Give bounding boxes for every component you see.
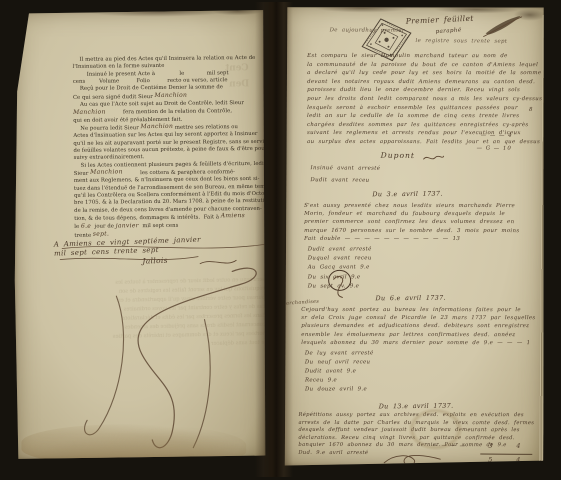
entry-line: Du douze avril 9.e: [305, 385, 374, 394]
entry-line: Receu 9.e: [305, 376, 374, 385]
entry-line: Répétitions aussy portez aux archives de…: [298, 412, 534, 420]
entry-line: pour les droits dont ledit comparant nou…: [307, 95, 542, 104]
entry-line: sr dela Croix juge consul de Picardie le…: [301, 314, 535, 322]
entry-line: a declaré qu'il luy cede pour luy et ses…: [307, 69, 542, 78]
handwritten-name: Manchion: [90, 169, 123, 176]
entry-line: Est comparu le sieur Dumoulin marchand t…: [307, 52, 542, 61]
entry-line: Dudit avant 9.e: [305, 367, 374, 376]
folio-heading: Premier feüillet: [406, 14, 474, 26]
bleedthrough-text: Den: [229, 79, 249, 89]
entry-line: Duquel avant receu: [308, 255, 372, 264]
entry-line: premier commerce sont confirmez les deux…: [304, 218, 519, 226]
bottom-paraph-icon: [380, 452, 444, 469]
circle-doodle-icon: [326, 267, 354, 299]
entry-line: lesquels seront à eschoir ensemble les q…: [307, 104, 542, 113]
total-value: 4: [516, 456, 521, 464]
short-entries: De luy avant arresté Du neuf avril receu…: [305, 349, 374, 394]
entry-line: chargées desdites sommes par les quittan…: [307, 121, 542, 130]
handwritten-place: Amiens: [221, 212, 245, 219]
entry-line: marque 1670 personnes sur le nombre desd…: [304, 226, 519, 234]
entry-line: la communauté de la paroisse du bout de …: [307, 61, 542, 70]
entry-line: Fait double — — — — — — — — — — — 13: [304, 235, 519, 243]
top-note: le registre sous trente sept: [416, 38, 508, 45]
handwritten-year: sept.: [93, 231, 109, 238]
signature-dupont: Dupont: [381, 151, 415, 160]
entry-line: De luy avant arresté: [305, 349, 374, 358]
handwritten-name: Manchion: [154, 92, 187, 99]
handwritten-name: Manchion: [140, 123, 173, 130]
entry-line: ensemble les émoluemens par lettres conf…: [301, 331, 535, 339]
left-page: Il mettra au pied des Actes qu'il Insinu…: [13, 9, 267, 460]
date-heading-1: Du 3.e avril 1737.: [372, 190, 442, 199]
right-page: Premier feüillet paraphé De aujourdhuy p…: [282, 5, 547, 468]
register-entry-4: Répétitions aussy portez aux archives de…: [298, 412, 534, 458]
register-note: Dudit avant receu: [310, 177, 369, 183]
total-leader: — — — —: [432, 443, 466, 449]
register-entry-3: Cejourd'huy sont portez au bureau les in…: [301, 306, 535, 347]
register-note: Insinué avant arresté: [311, 165, 381, 172]
margin-amount: — G — 10: [477, 145, 512, 151]
entry-line: Morin, fondeur et marchand du faubourg d…: [304, 210, 519, 218]
gutter-shadow: [255, 2, 293, 477]
entry-line: lesquels abonnez du 30 mars dernier pour…: [301, 339, 535, 347]
handwritten-month: janvier: [116, 222, 139, 229]
entry-line: devant les notaires royaux dudit Amiens …: [307, 78, 542, 87]
total-value: 4: [516, 442, 521, 450]
bleedthrough-text: sera tenu en outre ledit sieur de repres…: [60, 276, 266, 352]
handwritten-day: 6.e: [81, 222, 91, 229]
manuscript-scan: Il mettra au pied des Actes qu'il Insinu…: [0, 0, 561, 480]
register-entry-2: S'est aussy presenté chez nous lesdits s…: [304, 202, 519, 243]
date-heading-3: Du 13.e avril 1737.: [379, 402, 454, 411]
total-value: 3: [488, 442, 493, 450]
entry-line: plusieurs demandes et adjudications desd…: [301, 322, 535, 330]
signature-paraph-icon: [423, 153, 445, 163]
margin-amount: — — — 4: [481, 133, 513, 139]
entry-line: Du neuf avril receu: [305, 358, 374, 367]
entry-line: paroisses dudit lieu le onze decembre de…: [307, 86, 542, 95]
bleedthrough-text: Cent: [225, 63, 249, 73]
edge-smudge: [89, 6, 229, 17]
entry-line: Cejourd'huy sont portez au bureau les in…: [301, 306, 535, 314]
handwritten-name: Manchion: [73, 108, 106, 115]
date-heading-2: Du 6.e avril 1737.: [375, 294, 445, 303]
folio-subheading: paraphé: [435, 27, 461, 35]
entry-line: Dudit avant arresté: [308, 245, 372, 254]
feather-flourish-icon: [482, 14, 524, 38]
entry-line: desquels deffunt vendeur jouissoit dudit…: [298, 427, 534, 435]
entry-line: ledit an sur la cedulle de la somme de c…: [307, 112, 542, 121]
entry-line: banquier 1670 abonnez du 30 mars dernier…: [298, 442, 534, 450]
margin-amount: 8: [529, 107, 533, 113]
total-value: 5: [488, 456, 493, 464]
entry-line: S'est aussy presenté chez nous lesdits s…: [304, 202, 519, 210]
edge-smudge: [434, 5, 519, 14]
